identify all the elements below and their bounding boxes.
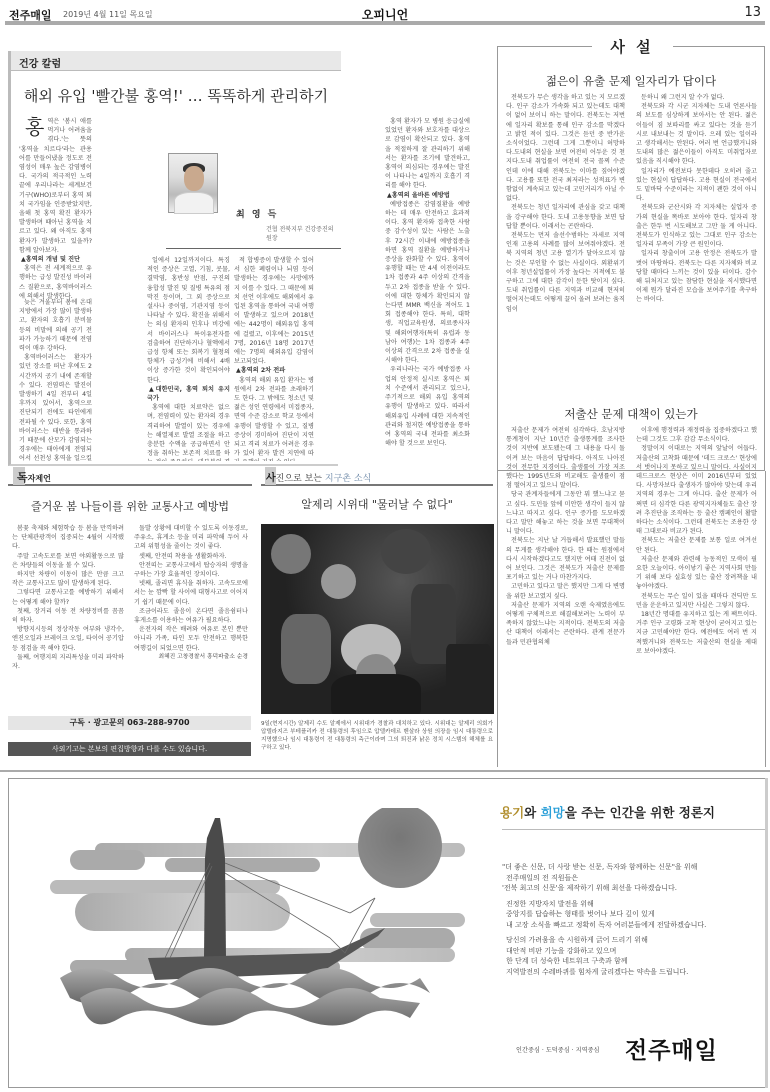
photo-news-title: 알제리 시위대 "물러날 수 없다" <box>261 496 493 512</box>
wave <box>80 988 420 1026</box>
photo-news-label: 사진으로 보는 지구촌 소식 <box>266 469 371 484</box>
ad-line: "더 좋은 신문, 더 사랑 받는 신문, 독자와 함께하는 신문"을 위해 <box>502 862 764 873</box>
paragraph: 하지만 차량이 이동이 많은 만큼 크고 작은 교통사고도 많이 발생하게 된다… <box>12 570 124 588</box>
paragraph: 홍역은 전 세계적으로 유행하는 급성 발진성 바이러스 질환으로, 홍역바이러… <box>19 264 92 301</box>
paragraph: 넷째, 졸리면 휴식을 취하자. 고속도로에서는 눈 깜빡 할 사이에 대형사고… <box>134 579 248 607</box>
photo-news-header: 사진으로 보는 지구촌 소식 <box>261 466 493 486</box>
label-highlight: 지구촌 소식 <box>325 474 371 484</box>
paragraph: 18년간 명대를 유지하고 있는 게 팩트이다. 거주 인구 고령화 고착 현상… <box>636 610 757 656</box>
health-column-title: 해외 유입 '빨간불 홍역!' … 똑똑하게 관리하기 <box>11 85 341 106</box>
reader-column-title: 즐거운 봄 나들이를 위한 교통사고 예방법 <box>8 498 252 514</box>
ad-line: 지역발전의 수레바퀴를 힘차게 굴리겠다는 약속을 드립니다. <box>506 967 764 978</box>
paragraph: 주말 고속도로를 보면 야외활동으로 많은 차량들의 이동을 볼 수 있다. <box>12 552 124 570</box>
label-prefix: 진으로 보는 <box>276 474 325 484</box>
headline-part: 와 <box>524 805 540 820</box>
paragraph: 전북도와 군산시와 각 지자체는 실업자 증가의 현실을 똑바로 보아야 한다.… <box>636 203 757 249</box>
subheading: ▲홍역의 개념 및 진단 <box>19 255 92 264</box>
paragraph: 당국 관계자들에게 그동안 뭐 했느냐고 묻고 싶다. 도민들 앞에 미안한 생… <box>506 490 625 536</box>
pen-nib-mast <box>204 818 226 958</box>
paragraph: 예방접종은 감염질환을 예방하는 데 매우 안전하고 효과적이다. 홍역 환자와… <box>385 200 470 366</box>
paragraph: 둔하니 왜 그런지 알 수가 없다. <box>636 93 757 102</box>
author-name: 최 영 득 <box>236 207 278 220</box>
editorial-1-col-2: 둔하니 왜 그런지 알 수가 없다. 전북도와 각 시군 지자체는 도내 언론사… <box>636 93 757 399</box>
ad-line: 대안적 비판 기능을 강화하고 있으며 <box>506 946 764 957</box>
paragraph: 돌발 상황에 대비할 수 있도록 이동경로, 주유소, 휴게소 등을 미리 파악… <box>134 524 248 552</box>
health-column-label: 건강 칼럼 <box>19 55 61 70</box>
subscription-bar: 구독 · 광고문의 063-288-9700 <box>8 716 251 730</box>
ad-body: "더 좋은 신문, 더 사랑 받는 신문, 독자와 함께하는 신문"을 위해 전… <box>502 862 764 982</box>
paragraph: 저출산 문제와 관련해 능동적인 모색이 필요한 오늘이다. 아이낳기 좋은 지… <box>636 555 757 592</box>
cap-letter: 사 <box>266 473 276 484</box>
label-text: 자제언 <box>28 474 51 483</box>
paragraph: 저출산 문제가 여전히 심각하다. 호남지방통계청이 지난 10년간 출생통계를… <box>506 426 625 490</box>
reader-byline: 최혜진 고창경찰서 흥덕파출소 순경 <box>134 653 248 662</box>
health-column-header: 건강 칼럼 <box>11 51 341 71</box>
health-col-2: 일에서 12일까지이다. 특징적인 증상은 고열, 기침, 콧물, 결막염, 홍… <box>147 256 230 461</box>
ad-line: 중앙지를 답습하는 형태를 벗어나 보다 깊이 있게 <box>506 909 764 920</box>
paragraph: 전북도는 지난 날 거듭해서 발표했던 말들의 무게를 생각해야 한다. 한 때… <box>506 536 625 582</box>
page-number: 13 <box>744 5 761 20</box>
news-photo <box>261 524 494 714</box>
sun-icon <box>358 808 442 888</box>
health-column: 건강 칼럼 해외 유입 '빨간불 홍역!' … 똑똑하게 관리하기 홍역은 '봄… <box>8 51 338 466</box>
paragraph: 이후에 행정력과 재정력을 집중하겠다고 했는데 그것도 그후 감감 무소식이다… <box>636 426 757 444</box>
paragraph: 그렇다면 교통사고를 예방하기 위해서는 어떻게 해야 할까? <box>12 588 124 606</box>
editorial-frame-line <box>497 46 592 47</box>
ad-headline: 용기와 희망을 주는 인간을 위한 정론지 <box>500 803 715 821</box>
ad-paragraph-2: 진정한 지방자치 발전을 위해 중앙지를 답습하는 형태를 벗어나 보다 깊이 … <box>502 899 764 931</box>
editorial-frame-line <box>765 471 766 767</box>
reader-column-label: 독자제언 <box>17 469 51 485</box>
paragraph: 일자리 창출이며 고용 안정은 전북도가 발 벗어 마땅하다. 전북도는 다른 … <box>636 249 757 304</box>
photo-caption: 9일(현지시간) 알제리 수도 알제에서 시위대가 경찰과 대치하고 있다. 시… <box>261 720 493 752</box>
paragraph: 안전띠는 교통사고에서 탑승자의 생명을 구하는 가장 효율적인 장치이다. <box>134 561 248 579</box>
author-role: 건협 전북지부 건강증진의원장 <box>266 224 338 242</box>
paragraph: 늦은 겨울부터 봄에 온대 지방에서 가장 많이 발생하고, 환자의 호흡기 분… <box>19 298 92 353</box>
paragraph: 일자리가 예전보다 못한데다 오히려 줄고 있는 현실이 답답하다. 고용 현실… <box>636 167 757 204</box>
subheading: ▲대한민국, 홍역 퇴치 유지 국가 <box>147 385 230 403</box>
ad-line: 당신의 가려움을 속 시원하게 긁어 드리기 위해 <box>506 935 764 946</box>
masthead-rule <box>5 21 765 25</box>
editorial-frame-line <box>497 471 498 767</box>
author-photo <box>168 153 218 213</box>
author-face <box>184 166 204 191</box>
paragraph: 첫째, 장거리 이동 전 차량정비를 꼼꼼히 하자. <box>12 607 124 625</box>
ad-paragraph-1: "더 좋은 신문, 더 사랑 받는 신문, 독자와 함께하는 신문"을 위해 전… <box>502 862 764 894</box>
ad-frame-edge <box>765 778 768 1088</box>
disclaimer-bar: 사외기고는 본보의 편집방향과 다를 수도 있습니다. <box>8 742 251 756</box>
paragraph: 전북도는 저출산 문제를 보통 일로 여겨선 안 된다. <box>636 536 757 554</box>
paragraph: 셋째, 안전띠 착용을 생활화하자. <box>134 552 248 561</box>
editorial-title-2: 저출산 문제 대책이 있는가 <box>497 406 765 422</box>
drop-cap: 홍 <box>25 117 44 137</box>
subheading: ▲홍역의 2차 전파 <box>234 366 314 375</box>
paragraph: 전북도와 각 시군 지자체는 도내 언론사들의 보도를 심상하게 보아서는 안 … <box>636 102 757 166</box>
paragraph: 전북도가 무슨 생각을 하고 있는 지 모르겠다. 인구 감소가 가속화 되고 … <box>506 93 625 203</box>
paragraph: 전북도는 무슨 일이 있을 때마다 견딕만 도민을 운운하고 있지만 사실은 그… <box>636 592 757 610</box>
subscription-contact: 구독 · 광고문의 063-288-9700 <box>8 716 251 730</box>
paragraph: 홍역 환자가 모 병원 응급실에 있었던 환자와 보호자를 대상으로 감염이 확… <box>385 117 470 191</box>
paragraph: 저출산 문제가 지역의 오랜 숙제였음에도 어떻게 구체적으로 해결해보려는 노… <box>506 601 625 647</box>
headline-courage: 용기 <box>500 805 524 820</box>
paragraph: 홍역의 해외 유입 환자는 병원에서 2차 전파를 초래하기도 한다. 그 밖에… <box>234 376 314 461</box>
section-divider <box>0 770 770 772</box>
ad-line: 전주매일의 전 직원들은 <box>502 873 764 884</box>
subheading: ▲홍역의 올바른 예방법 <box>385 191 470 200</box>
paragraph: 일에서 12일까지이다. 특징적인 증상은 고열, 기침, 콧물, 결막염, 홍… <box>147 256 230 385</box>
paragraph: 방향지시등의 정상작동 여부와 냉각수, 엔진오일과 브레이크 오일, 타이어 … <box>12 625 124 653</box>
ship-illustration <box>30 808 470 1038</box>
paragraph: 둘째, 여행지의 지리특성을 미리 파악하자. <box>12 653 124 671</box>
reader-col-2: 돌발 상황에 대비할 수 있도록 이동경로, 주유소, 휴게소 등을 미리 파악… <box>134 524 248 694</box>
ad-line: 한 단계 더 성숙한 네트워크 구축과 함께 <box>506 956 764 967</box>
disclaimer-text: 사외기고는 본보의 편집방향과 다를 수도 있습니다. <box>8 742 251 756</box>
health-col-4: 홍역 환자가 모 병원 응급실에 있었던 환자와 보호자를 대상으로 감염이 확… <box>385 117 470 462</box>
headline-part: 을 주는 인간을 위한 정론지 <box>565 805 715 820</box>
reader-col-1: 봄꽃 축제와 체험학습 등 봄을 만끽하려는 단체관광객이 집중되는 4월이 시… <box>12 524 124 674</box>
paragraph: 정말이지 이대로는 지역의 앞날이 어둡다. 저출산의 고착화 때문에 '데드 … <box>636 444 757 536</box>
editorial-heading: 사 설 <box>592 36 672 57</box>
ad-line: 내 고장 소식을 빠르고 정확히 독자 여러분들에게 전달하겠습니다. <box>506 920 764 931</box>
health-col-3: 적 합병증이 발생할 수 있어서 심한 폐렴이나 뇌염 등이 발생하는 경우에는… <box>234 256 314 461</box>
paragraph: 전북도는 청년 일자리에 관심을 갖고 대책을 강구해야 한다. 도내 고용동향… <box>506 203 625 231</box>
paragraph: 운전자의 작은 배려와 여유로 본인 뿐만 아니라 가족, 타인 모두 안전하고… <box>134 625 248 653</box>
paragraph: 봄꽃 축제와 체험학습 등 봄을 만끽하려는 단체관광객이 집중되는 4월이 시… <box>12 524 124 552</box>
headline-hope: 희망 <box>541 805 565 820</box>
paragraph: 적 합병증이 발생할 수 있어서 심한 폐렴이나 뇌염 등이 발생하는 경우에는… <box>234 256 314 366</box>
ad-line: 진정한 지방자치 발전을 위해 <box>506 899 764 910</box>
ad-line: '전북 최고의 신문'을 제작하기 위해 최선을 다하겠습니다. <box>502 883 764 894</box>
editorial-2-col-1: 저출산 문제가 여전히 심각하다. 호남지방통계청이 지난 10년간 출생통계를… <box>506 426 625 766</box>
health-col-1b: 늦은 겨울부터 봄에 온대 지방에서 가장 많이 발생하고, 환자의 호흡기 분… <box>19 298 92 463</box>
editorial-frame-line <box>673 46 765 47</box>
newspaper-logo: 전주매일 <box>625 1032 718 1065</box>
ad-divider <box>502 829 765 830</box>
paragraph: 우리나라는 국가 예방접종 사업의 안정적 실시로 홍역은 퇴치 수준에서 관리… <box>385 365 470 448</box>
cap-letter: 독 <box>17 471 28 484</box>
ad-slogan: 인간중심 · 도덕중심 · 지역중심 <box>516 1045 600 1054</box>
paragraph: 홍역바이러스는 환자가 있던 장소를 떠난 후에도 2시간까지 공기 내에 존재… <box>19 353 92 463</box>
paragraph: 전북도는 먼저 솔선수범하는 자세로 지역 인재 고용의 사례를 많이 보여줘야… <box>506 231 625 314</box>
reader-column-header: 독자제언 <box>8 466 252 486</box>
editorial-title-1: 젊은이 유출 문제 일자리가 답이다 <box>497 73 765 89</box>
author-coat <box>174 192 214 214</box>
paragraph: 홍역에 대한 치료약은 없으며, 전염력이 있는 환자의 경우 격리하여 발열이… <box>147 403 230 461</box>
paragraph: 고민하고 있다고 말은 했지만 그게 다 변명을 위한 보고였지 싶다. <box>506 582 625 600</box>
ad-paragraph-3: 당신의 가려움을 속 시원하게 긁어 드리기 위해 대안적 비판 기능을 강화하… <box>502 935 764 977</box>
editorial-2-col-2: 이후에 행정력과 재정력을 집중하겠다고 했는데 그것도 그후 감감 무소식이다… <box>636 426 757 766</box>
author-divider <box>166 248 341 249</box>
editorial-1-col-1: 전북도가 무슨 생각을 하고 있는 지 모르겠다. 인구 감소가 가속화 되고 … <box>506 93 625 399</box>
paragraph: 조금이라도 졸음이 온다면 졸음쉼터나 휴게소를 이용하는 여유가 필요하다. <box>134 607 248 625</box>
